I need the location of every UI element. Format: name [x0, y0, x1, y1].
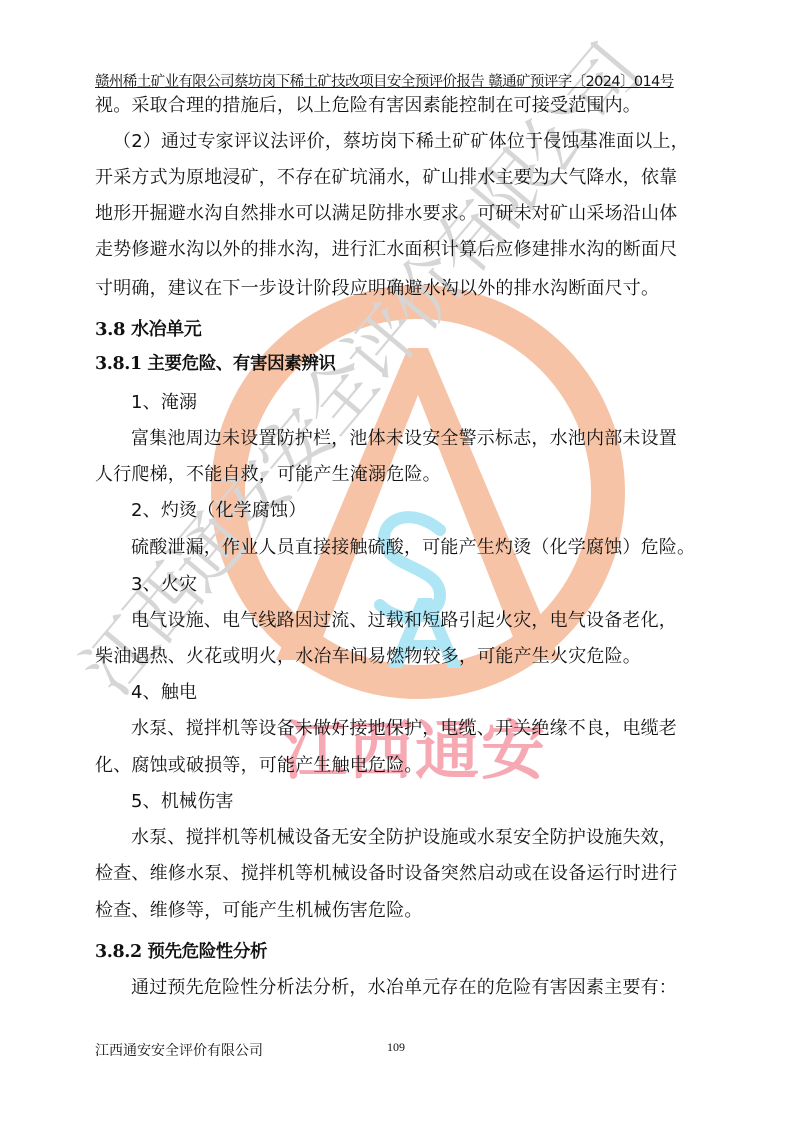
paragraph-line: 人行爬梯，不能自救，可能产生淹溺危险。 — [95, 466, 441, 484]
paragraph-line: 水泵、搅拌机等设备未做好接地保护，电缆、开关绝缘不良，电缆老 — [131, 720, 677, 738]
paragraph-line: 通过预先危险性分析法分析，水冶单元存在的危险有害因素主要有： — [131, 979, 677, 997]
footer-company: 江西通安安全评价有限公司 — [95, 1040, 263, 1060]
paragraph-line: 寸明确，建议在下一步设计阶段应明确避水沟以外的排水沟断面尺寸。 — [95, 280, 659, 298]
paragraph-line: 硫酸泄漏，作业人员直接接触硫酸，可能产生灼烫（化学腐蚀）危险。 — [131, 539, 695, 557]
paragraph-line: （2）通过专家评议法评价，蔡坊岗下稀土矿矿体位于侵蚀基准面以上， — [113, 133, 689, 151]
paragraph-line: 检查、维修水泵、搅拌机等机械设备时设备突然启动或在设备运行时进行 — [95, 865, 677, 883]
section-heading-3-8: 3.8 水冶单元 — [95, 321, 201, 339]
running-header: 赣州稀土矿业有限公司蔡坊岗下稀土矿技改项目安全预评价报告 赣通矿预评字〔2024… — [95, 70, 674, 91]
item-heading: 2、灼烫（化学腐蚀） — [131, 502, 306, 520]
paragraph-line: 富集池周边未设置防护栏，池体未设安全警示标志，水池内部未设置 — [131, 430, 677, 448]
section-heading-3-8-2: 3.8.2 预先危险性分析 — [95, 944, 267, 962]
section-heading-3-8-1: 3.8.1 主要危险、有害因素辨识 — [95, 356, 336, 374]
document-page: 江西通安安全评价有限公司 江西通安 赣州稀土矿业有限公司蔡坊岗下稀土矿技改项目安… — [0, 0, 793, 1122]
paragraph-line: 走势修避水沟以外的排水沟，进行汇水面积计算后应修建排水沟的断面尺 — [95, 241, 677, 259]
paragraph-line: 水泵、搅拌机等机械设备无安全防护设施或水泵安全防护设施失效， — [131, 829, 677, 847]
item-heading: 4、触电 — [131, 684, 197, 702]
paragraph-line: 视。采取合理的措施后，以上危险有害因素能控制在可接受范围内。 — [95, 97, 641, 115]
page-number: 109 — [387, 1040, 405, 1055]
paragraph-line: 电气设施、电气线路因过流、过载和短路引起火灾，电气设备老化， — [131, 612, 677, 630]
page-content: 赣州稀土矿业有限公司蔡坊岗下稀土矿技改项目安全预评价报告 赣通矿预评字〔2024… — [0, 0, 793, 1122]
item-heading: 3、火灾 — [131, 576, 197, 594]
paragraph-line: 化、腐蚀或破损等，可能产生触电危险。 — [95, 757, 423, 775]
item-heading: 1、淹溺 — [131, 394, 197, 412]
paragraph-line: 检查、维修等，可能产生机械伤害危险。 — [95, 902, 423, 920]
item-heading: 5、机械伤害 — [131, 793, 234, 811]
paragraph-line: 地形开掘避水沟自然排水可以满足防排水要求。可研未对矿山采场沿山体 — [95, 205, 677, 223]
paragraph-line: 柴油遇热、火花或明火，水冶车间易燃物较多，可能产生火灾危险。 — [95, 648, 641, 666]
paragraph-line: 开采方式为原地浸矿，不存在矿坑涌水，矿山排水主要为大气降水，依靠 — [95, 169, 677, 187]
